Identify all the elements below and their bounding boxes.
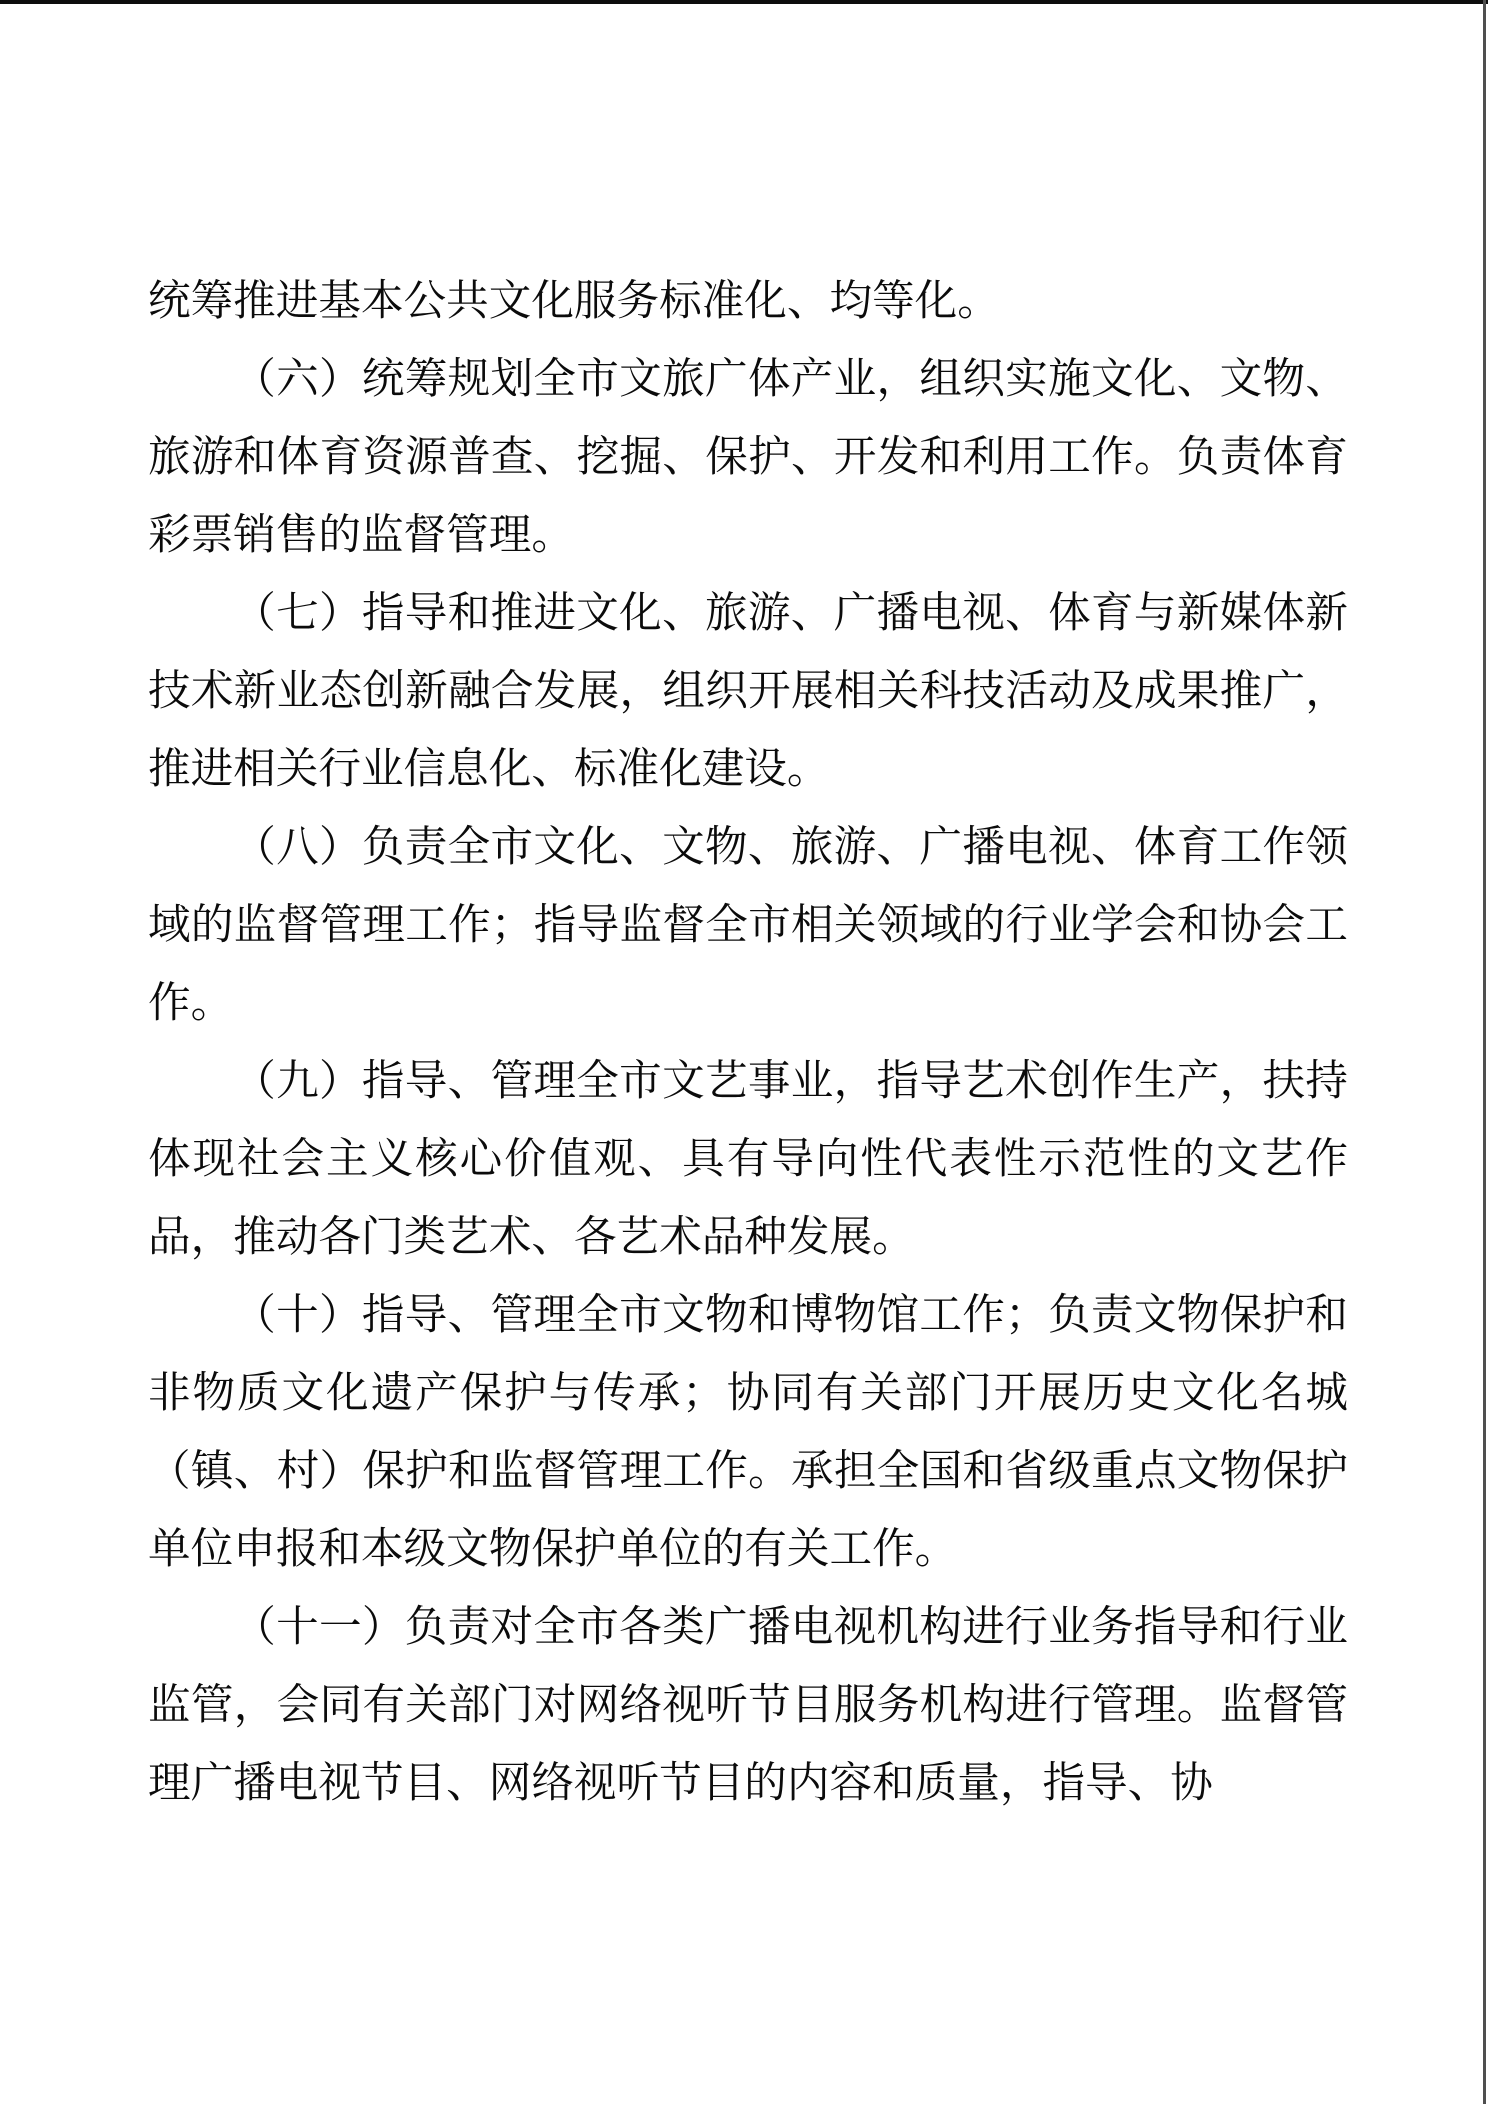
document-body-text: 统筹推进基本公共文化服务标准化、均等化。（六）统筹规划全市文旅广体产业，组织实施… [148, 263, 1348, 1823]
document-page: 统筹推进基本公共文化服务标准化、均等化。（六）统筹规划全市文旅广体产业，组织实施… [0, 0, 1488, 2104]
paragraph: （十）指导、管理全市文物和博物馆工作；负责文物保护和非物质文化遗产保护与传承；协… [148, 1277, 1348, 1589]
paragraph: （六）统筹规划全市文旅广体产业，组织实施文化、文物、旅游和体育资源普查、挖掘、保… [148, 341, 1348, 575]
paragraph: （九）指导、管理全市文艺事业，指导艺术创作生产，扶持体现社会主义核心价值观、具有… [148, 1043, 1348, 1277]
paragraph: （八）负责全市文化、文物、旅游、广播电视、体育工作领域的监督管理工作；指导监督全… [148, 809, 1348, 1043]
paragraph: （十一）负责对全市各类广播电视机构进行业务指导和行业监管，会同有关部门对网络视听… [148, 1589, 1348, 1823]
page-top-scan-edge [0, 0, 1488, 4]
page-right-scan-edge [1483, 0, 1486, 2104]
paragraph: 统筹推进基本公共文化服务标准化、均等化。 [148, 263, 1348, 341]
paragraph: （七）指导和推进文化、旅游、广播电视、体育与新媒体新技术新业态创新融合发展，组织… [148, 575, 1348, 809]
